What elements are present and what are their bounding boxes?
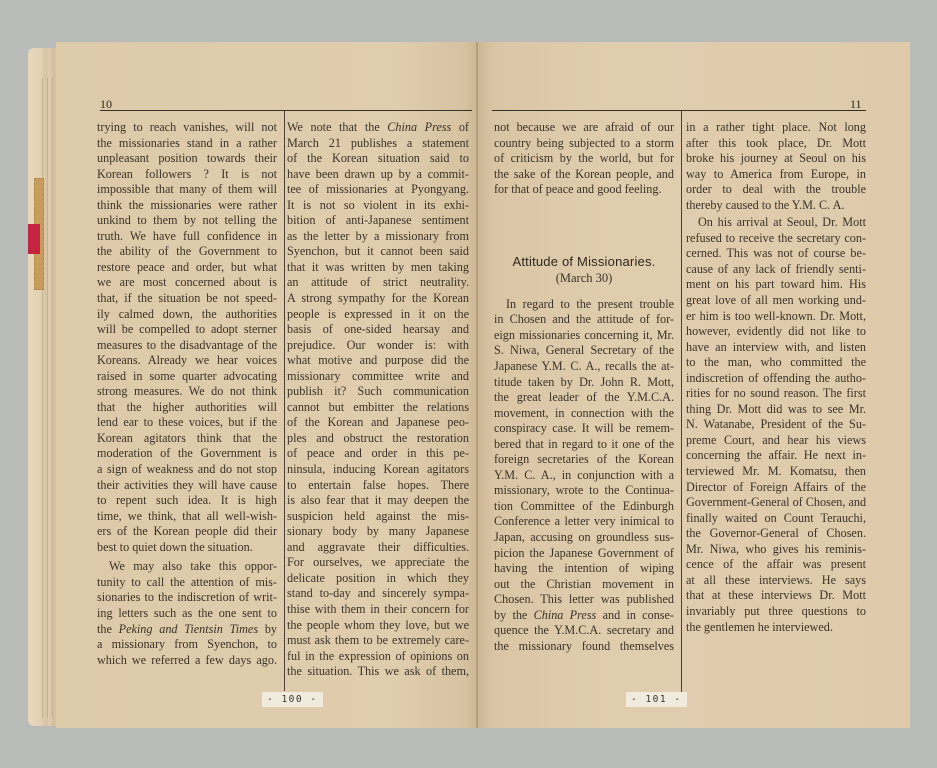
article-heading: Attitude of Missionaries.	[494, 254, 674, 270]
text-line: We note that the China Press of	[287, 120, 469, 136]
text-line: On his arrival at Seoul, Dr. Mott	[686, 215, 866, 231]
text-line: the sake of the Korean people, and	[494, 167, 674, 183]
text-line: that the higher authorities will	[97, 400, 277, 416]
text-line: the ability of the Government to	[97, 244, 277, 260]
text-line: we are most concerned about is	[97, 275, 277, 291]
open-book-spread: 10 trying to reach vanishes, will notthe…	[28, 42, 910, 728]
text-line: restore peace and order, but what	[97, 260, 277, 276]
text-line: refused to receive the secretary con-	[686, 231, 866, 247]
text-line: of the Korean situation said to	[287, 151, 469, 167]
text-line: conspiracy case. It will be remem-	[494, 421, 674, 437]
text-line: preme Court, and hear his views	[686, 433, 866, 449]
text-line: an attitude of strict neutrality.	[287, 275, 469, 291]
text-line: ing letters such as the one sent to	[97, 606, 277, 622]
right-column-1: not because we are afraid of ourcountry …	[494, 120, 674, 654]
text-line: will be compelled to adopt sterner	[97, 322, 277, 338]
text-line: It is not so violent in its exhi-	[287, 198, 469, 214]
text-line: invariably put three questions to	[686, 604, 866, 620]
text-line: their activities they will have cause	[97, 478, 277, 494]
text-line: picion the Japanese Government of	[494, 546, 674, 562]
italic-title: China Press	[387, 120, 451, 134]
text-line: Korean agitators think that the	[97, 431, 277, 447]
text-line: We may also take this oppor-	[97, 559, 277, 575]
text-line: impossible that many of them will	[97, 182, 277, 198]
text-line: delicate position in which they	[287, 571, 469, 587]
text-line: of criticism by the world, but for	[494, 151, 674, 167]
text-line: Government-General of Chosen, and	[686, 495, 866, 511]
text-line: unpleasant position towards their	[97, 151, 277, 167]
italic-title: Peking and Tientsin Times	[119, 622, 258, 636]
text-line: foreign secretaries of the Korean	[494, 452, 674, 468]
text-line: way to America from Europe, in	[686, 167, 866, 183]
text-line: that it was written by men taking	[287, 260, 469, 276]
text-line: the people whom they love, but we	[287, 618, 469, 634]
column-divider	[681, 111, 682, 701]
text-line: Syenchon, but it cannot been said	[287, 244, 469, 260]
text-line: in a rather tight place. Not long	[686, 120, 866, 136]
text-line: of peace and order in this pe-	[287, 446, 469, 462]
text-line: the Peking and Tientsin Times by	[97, 622, 277, 638]
text-line: strong measures. We do not think	[97, 384, 277, 400]
text-line: not because we are afraid of our	[494, 120, 674, 136]
column-divider	[284, 111, 285, 691]
text-line: is also fear that it may deepen the	[287, 493, 469, 509]
text-line: a missionary from Syenchon, to	[97, 637, 277, 653]
folio-number: - 100 -	[262, 692, 323, 707]
left-column-1: trying to reach vanishes, will notthe mi…	[97, 120, 277, 668]
header-rule	[492, 110, 866, 111]
text-line: March 21 publishes a statement	[287, 136, 469, 152]
text-line: have an interview with, and listen	[686, 340, 866, 356]
text-line: of the Korean and Japanese peo-	[287, 415, 469, 431]
left-column-2: We note that the China Press ofMarch 21 …	[287, 120, 469, 680]
text-line: the gentlemen he interviewed.	[686, 620, 866, 636]
text-line: tion Committee of the Edinburgh	[494, 499, 674, 515]
text-line: that, if the situation be not speed-	[97, 291, 277, 307]
text-line: suspicion held against the mis-	[287, 509, 469, 525]
text-line: For ourselves, we appreciate the	[287, 555, 469, 571]
text-line: trying to reach vanishes, will not	[97, 120, 277, 136]
text-line: quence the Y.M.C.A. secretary and	[494, 623, 674, 639]
text-line: that at these interviews Dr. Mott	[686, 588, 866, 604]
text-line: cause of any lack of friendly senti-	[686, 262, 866, 278]
text-line: Korean followers ? It is not	[97, 167, 277, 183]
text-line: order to deal with the trouble	[686, 182, 866, 198]
text-line: missionary committee write and	[287, 369, 469, 385]
text-line: terviewed Mr. M. Komatsu, then	[686, 464, 866, 480]
text-line: missionary, wrote to the Continua-	[494, 483, 674, 499]
text-line: rities for no sound reason. The first	[686, 386, 866, 402]
text-line: sionary body by many Japanese	[287, 524, 469, 540]
text-line: after this took place, Dr. Mott	[686, 136, 866, 152]
text-line: thing Dr. Mott did was to see Mr.	[686, 402, 866, 418]
text-line: thise with them in their concern for	[287, 602, 469, 618]
text-line: having the intention of wiping	[494, 561, 674, 577]
text-line: by the China Press and in conse-	[494, 608, 674, 624]
text-line: have been drawn up by a commit-	[287, 167, 469, 183]
text-line: stand to-day and sincerely sympa-	[287, 586, 469, 602]
text-line: finally waited on Count Terauchi,	[686, 511, 866, 527]
text-line: raised in some quarter advocating	[97, 369, 277, 385]
folio-number: - 101 -	[626, 692, 687, 707]
text-line: Y.M. C. A., in conjunction with a	[494, 468, 674, 484]
text-line: must ask them to be extremely care-	[287, 633, 469, 649]
text-line: the missionaries stand in a rather	[97, 136, 277, 152]
right-page: 11 not because we are afraid of ourcount…	[478, 42, 910, 728]
text-line: ily calmed down, the authorities	[97, 307, 277, 323]
text-line: think the missionaries were rather	[97, 198, 277, 214]
text-line: tunity to call the attention of mis-	[97, 575, 277, 591]
text-line: lend ear to these voices, but if the	[97, 415, 277, 431]
text-line: er him is too well-known. Dr. Mott,	[686, 309, 866, 325]
text-line: what motive and purpose did the	[287, 353, 469, 369]
text-line: to entertain false hopes. There	[287, 478, 469, 494]
text-line: Japan, accusing on groundless sus-	[494, 530, 674, 546]
text-line: A strong sympathy for the Korean	[287, 291, 469, 307]
text-line: ples and obstruct the restoration	[287, 431, 469, 447]
text-line: broke his journey at Seoul on his	[686, 151, 866, 167]
page-edges	[28, 48, 58, 726]
text-line: Koreans. Already we hear voices	[97, 353, 277, 369]
text-line: concerning the affair. He next in-	[686, 448, 866, 464]
text-line: Mr. Niwa, who gives his reminis-	[686, 542, 866, 558]
text-line: truth. We have full confidence in	[97, 229, 277, 245]
bookmark-tab-red	[28, 224, 40, 254]
text-line: in Chosen and the attitude of for-	[494, 312, 674, 328]
text-line: Director of Foreign Affairs of the	[686, 480, 866, 496]
text-line: time, we think, that all well-wish-	[97, 509, 277, 525]
text-line: basis of one-sided hearsay and	[287, 322, 469, 338]
text-line: however, evidently did not like to	[686, 324, 866, 340]
text-line: the situation. This we ask of them,	[287, 664, 469, 680]
text-line: ers of the Korean people did their	[97, 524, 277, 540]
text-line: for that of peace and good feeling.	[494, 182, 674, 198]
text-line: best to quiet down the situation.	[97, 540, 277, 556]
text-line: Chosen. This letter was published	[494, 592, 674, 608]
left-page: 10 trying to reach vanishes, will notthe…	[56, 42, 478, 728]
text-line: S. Niwa, General Secretary of the	[494, 343, 674, 359]
text-line: moderation of the Government is	[97, 446, 277, 462]
text-line: ninsula, inducing Korean agitators	[287, 462, 469, 478]
text-line: out the Christian movement in	[494, 577, 674, 593]
text-line: titude taken by Dr. John R. Mott,	[494, 375, 674, 391]
text-line: measures to the disadvantage of the	[97, 338, 277, 354]
text-line: country being subjected to a storm	[494, 136, 674, 152]
text-line: the missionary found themselves	[494, 639, 674, 655]
text-line: which we referred a few days ago.	[97, 653, 277, 669]
text-line: bered that in regard to it one of the	[494, 437, 674, 453]
italic-title: China Press	[534, 608, 597, 622]
text-line: the Governor-General of Chosen.	[686, 526, 866, 542]
text-line: eign missionaries concerning it, Mr.	[494, 328, 674, 344]
text-line: unkind to them by not telling the	[97, 213, 277, 229]
text-line: people is expressed in it on the	[287, 307, 469, 323]
text-line: indiscretion of offending the autho-	[686, 371, 866, 387]
right-column-2: in a rather tight place. Not longafter t…	[686, 120, 866, 635]
text-line: to repent such idea. It is high	[97, 493, 277, 509]
text-line: thereby caused to the Y.M. C. A.	[686, 198, 866, 214]
text-line: movement, in connection with the	[494, 406, 674, 422]
text-line: and aggravate their difficulties.	[287, 540, 469, 556]
text-line: ful in the expression of opinions on	[287, 649, 469, 665]
header-rule	[100, 110, 472, 111]
text-line: a sign of weakness and do not stop	[97, 462, 277, 478]
text-line: N. Watanabe, President of the Su-	[686, 417, 866, 433]
text-line: Japanese Y.M. C. A., recalls the at-	[494, 359, 674, 375]
text-line: ment on his part toward him. His	[686, 277, 866, 293]
text-line: publish it? Such communication	[287, 384, 469, 400]
text-line: cerned. This was not of course be-	[686, 246, 866, 262]
text-line: to the man, who committed the	[686, 355, 866, 371]
text-line: sionaries to the indiscretion of writ-	[97, 590, 277, 606]
text-line: great love of all men working und-	[686, 293, 866, 309]
text-line: at all these interviews. He says	[686, 573, 866, 589]
text-line: cannot but embitter the relations	[287, 400, 469, 416]
text-line: prejudice. Our wonder is: with	[287, 338, 469, 354]
text-line: bition of anti-Japanese sentiment	[287, 213, 469, 229]
article-date: (March 30)	[494, 271, 674, 287]
text-line: the great leader of the Y.M.C.A.	[494, 390, 674, 406]
text-line: cence of the affair was present	[686, 557, 866, 573]
text-line: Conference a letter very inimical to	[494, 514, 674, 530]
text-line: as the letter by a missionary from	[287, 229, 469, 245]
text-line: In regard to the present trouble	[494, 297, 674, 313]
text-line: tee of missionaries at Pyongyang.	[287, 182, 469, 198]
